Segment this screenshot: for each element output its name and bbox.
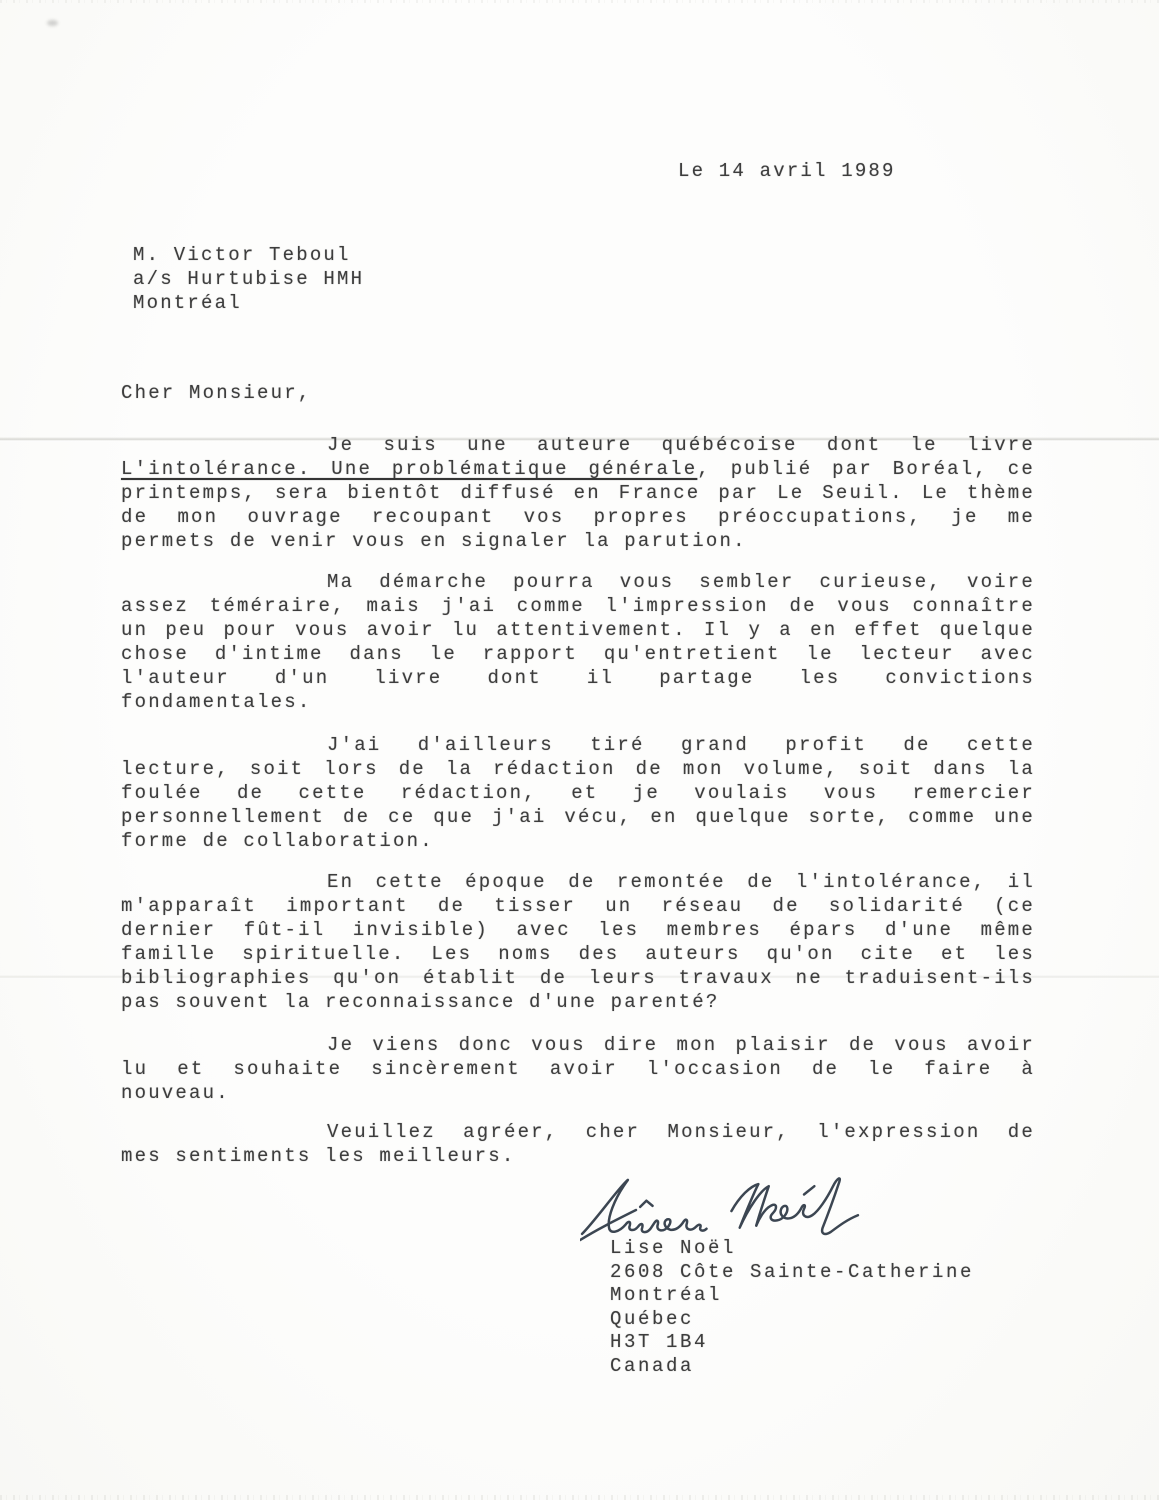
text-line: un peu pour vous avoir lu attentivement.… (121, 618, 1035, 642)
text-line: forme de collaboration. (121, 829, 1035, 853)
text-line: L'intolérance. Une problématique général… (121, 457, 1035, 481)
text-line: personnellement de ce que j'ai vécu, en … (121, 805, 1035, 829)
sender-province: Québec (610, 1308, 974, 1332)
text-line: J'ai d'ailleurs tiré grand profit de cet… (121, 733, 1035, 757)
paragraph-6: Veuillez agréer, cher Monsieur, l'expres… (121, 1120, 1035, 1168)
text-line: famille spirituelle. Les noms des auteur… (121, 942, 1035, 966)
text-line: mes sentiments les meilleurs. (121, 1144, 1035, 1168)
handwritten-signature (580, 1174, 860, 1244)
sender-name: Lise Noël (610, 1237, 974, 1261)
text-line: Je viens donc vous dire mon plaisir de v… (121, 1033, 1035, 1057)
paragraph-2: Ma démarche pourra vous sembler curieuse… (121, 570, 1035, 714)
recipient-name: M. Victor Teboul (133, 243, 364, 267)
sender-country: Canada (610, 1355, 974, 1379)
paragraph-5: Je viens donc vous dire mon plaisir de v… (121, 1033, 1035, 1105)
scanned-letter-page: { "colors": { "paper": "#fcfcfb", "ink":… (0, 0, 1159, 1500)
text-line: l'auteur d'un livre dont il partage les … (121, 666, 1035, 690)
recipient-care-of: a/s Hurtubise HMH (133, 267, 364, 291)
text-line: permets de venir vous en signaler la par… (121, 529, 1035, 553)
paragraph-3: J'ai d'ailleurs tiré grand profit de cet… (121, 733, 1035, 853)
sender-city: Montréal (610, 1284, 974, 1308)
text-line: foulée de cette rédaction, et je voulais… (121, 781, 1035, 805)
scan-smudge-mark (47, 20, 58, 26)
text-line: Veuillez agréer, cher Monsieur, l'expres… (121, 1120, 1035, 1144)
scan-noise-bottom-edge (0, 1495, 1159, 1500)
text-line: lu et souhaite sincèrement avoir l'occas… (121, 1057, 1035, 1081)
text-line: Ma démarche pourra vous sembler curieuse… (121, 570, 1035, 594)
text-line: nouveau. (121, 1081, 1035, 1105)
book-title-underlined: L'intolérance. Une problématique général… (121, 458, 697, 480)
text-line: printemps, sera bientôt diffusé en Franc… (121, 481, 1035, 505)
salutation: Cher Monsieur, (121, 381, 311, 405)
text-line: assez téméraire, mais j'ai comme l'impre… (121, 594, 1035, 618)
text-segment: , publié par Boréal, ce (697, 458, 1035, 480)
signature-stroke-noel-n (731, 1184, 768, 1228)
text-line: de mon ouvrage recoupant vos propres pré… (121, 505, 1035, 529)
text-line: m'apparaît important de tisser un réseau… (121, 894, 1035, 918)
text-line: Je suis une auteure québécoise dont le l… (121, 433, 1035, 457)
recipient-block: M. Victor Teboul a/s Hurtubise HMH Montr… (133, 243, 364, 315)
sender-street: 2608 Côte Sainte-Catherine (610, 1261, 974, 1285)
scan-noise-top-edge (0, 0, 1159, 3)
paragraph-1: Je suis une auteure québécoise dont le l… (121, 433, 1035, 553)
signature-stroke-lise (582, 1180, 706, 1234)
signature-stroke-noel-oel (756, 1178, 858, 1234)
text-line: lecture, soit lors de la rédaction de mo… (121, 757, 1035, 781)
sender-postal-code: H3T 1B4 (610, 1331, 974, 1355)
signature-stroke-i-accent (640, 1201, 652, 1207)
text-line: bibliographies qu'on établit de leurs tr… (121, 966, 1035, 990)
text-line: pas souvent la reconnaissance d'une pare… (121, 990, 1035, 1014)
text-line: chose d'intime dans le rapport qu'entret… (121, 642, 1035, 666)
date-line: Le 14 avril 1989 (678, 159, 896, 183)
text-line: dernier fût-il invisible) avec les membr… (121, 918, 1035, 942)
text-line: En cette époque de remontée de l'intolér… (121, 870, 1035, 894)
paragraph-4: En cette époque de remontée de l'intolér… (121, 870, 1035, 1014)
signature-typed-block: Lise Noël 2608 Côte Sainte-Catherine Mon… (610, 1237, 974, 1378)
recipient-city: Montréal (133, 291, 364, 315)
letter-paper: Le 14 avril 1989 M. Victor Teboul a/s Hu… (0, 0, 1159, 1500)
signature-stroke-e-accent (804, 1186, 814, 1194)
text-line: fondamentales. (121, 690, 1035, 714)
signature-image (580, 1174, 860, 1244)
